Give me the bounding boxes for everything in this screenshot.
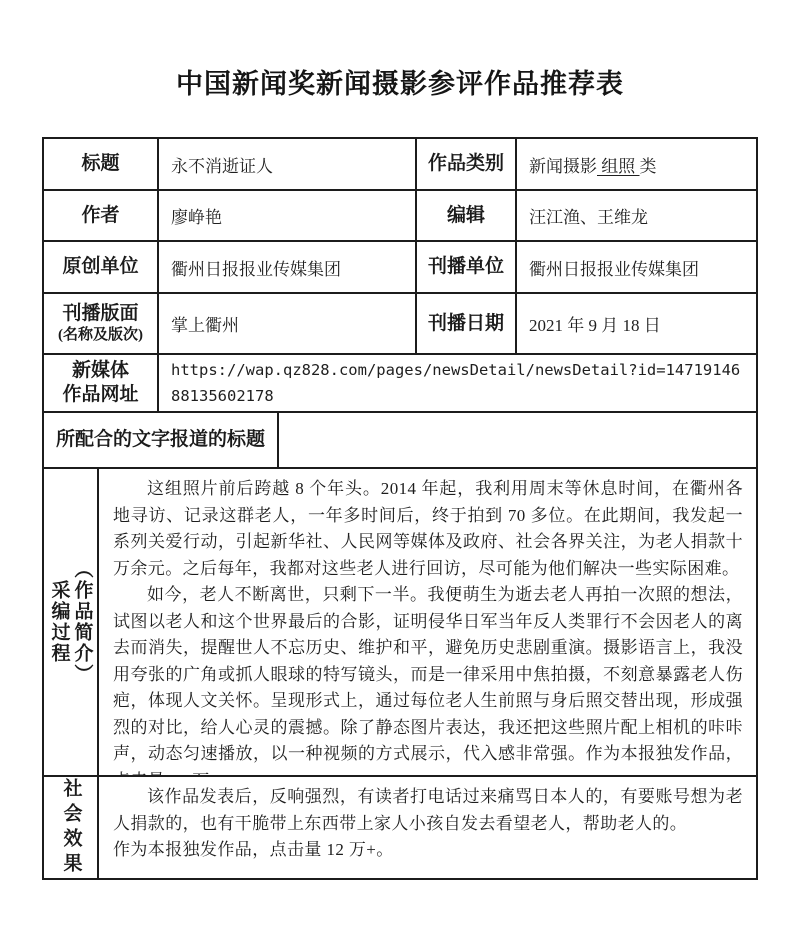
page-title: 中国新闻奖新闻摄影参评作品推荐表 (0, 62, 800, 101)
row-work-intro: （作品简介） 采编过程 这组照片前后跨越 8 个年头。2014 年起，我利用周末… (44, 469, 756, 777)
social-effect-label: 社会效果 (44, 777, 99, 878)
work-intro-paragraph-1: 这组照片前后跨越 8 个年头。2014 年起，我利用周末等休息时间，在衢州各地寻… (113, 476, 743, 582)
recommendation-form-table: 标题 永不消逝证人 作品类别 新闻摄影 组照 类 作者 廖峥艳 编辑 汪江渔、王… (42, 137, 758, 880)
publish-page-label-line2: (名称及版次) (58, 326, 143, 345)
related-report-label-text: 所配合的文字报道的标题 (56, 428, 265, 452)
social-effect-content: 该作品发表后，反响强烈，有读者打电话过来痛骂日本人的，有要账号想为老人捐款的，也… (99, 777, 756, 878)
title-label-text: 标题 (81, 152, 119, 176)
publish-page-label: 刊播版面 (名称及版次) (44, 294, 159, 353)
row-units: 原创单位 衢州日报报业传媒集团 刊播单位 衢州日报报业传媒集团 (44, 242, 756, 294)
row-social-effect: 社会效果 该作品发表后，反响强烈，有读者打电话过来痛骂日本人的，有要账号想为老人… (44, 777, 756, 878)
publish-unit-value: 衢州日报报业传媒集团 (517, 242, 756, 292)
row-page-date: 刊播版面 (名称及版次) 掌上衢州 刊播日期 2021 年 9 月 18 日 (44, 294, 756, 355)
work-intro-content: 这组照片前后跨越 8 个年头。2014 年起，我利用周末等休息时间，在衢州各地寻… (99, 469, 756, 775)
publish-date-label: 刊播日期 (417, 294, 517, 353)
related-report-value (279, 413, 756, 467)
author-value: 廖峥艳 (159, 191, 417, 240)
row-author-editor: 作者 廖峥艳 编辑 汪江渔、王维龙 (44, 191, 756, 242)
publish-unit-label: 刊播单位 (417, 242, 517, 292)
editor-value-text: 汪江渔、王维龙 (529, 203, 648, 228)
media-url-label-line2: 作品网址 (62, 383, 138, 407)
editor-label-text: 编辑 (447, 204, 485, 228)
publish-page-label-line1: 刊播版面 (62, 302, 138, 326)
media-url-label-line1: 新媒体 (72, 359, 129, 383)
original-unit-value: 衢州日报报业传媒集团 (159, 242, 417, 292)
work-intro-vertical-label: （作品简介） 采编过程 (48, 559, 94, 685)
original-unit-label-text: 原创单位 (62, 255, 138, 279)
row-related-report: 所配合的文字报道的标题 (44, 413, 756, 469)
publish-unit-value-text: 衢州日报报业传媒集团 (529, 255, 699, 280)
title-label: 标题 (44, 139, 159, 189)
media-url-text: https://wap.qz828.com/pages/newsDetail/n… (171, 357, 748, 409)
social-effect-vertical-label: 社会效果 (59, 778, 83, 878)
category-prefix: 新闻摄影 (529, 152, 597, 177)
media-url-label: 新媒体 作品网址 (44, 355, 159, 411)
social-effect-paragraph: 该作品发表后，反响强烈，有读者打电话过来痛骂日本人的，有要账号想为老人捐款的，也… (113, 784, 743, 837)
category-suffix: 类 (640, 152, 657, 177)
publish-date-value-text: 2021 年 9 月 18 日 (529, 311, 661, 336)
work-intro-paragraph-2: 如今，老人不断离世，只剩下一半。我便萌生为逝去老人再拍一次照的想法，试图以老人和… (113, 582, 743, 775)
row-title-category: 标题 永不消逝证人 作品类别 新闻摄影 组照 类 (44, 139, 756, 191)
related-report-label: 所配合的文字报道的标题 (44, 413, 279, 467)
title-value: 永不消逝证人 (159, 139, 417, 189)
row-media-url: 新媒体 作品网址 https://wap.qz828.com/pages/new… (44, 355, 756, 413)
author-label-text: 作者 (81, 204, 119, 228)
category-value: 新闻摄影 组照 类 (517, 139, 756, 189)
category-label-text: 作品类别 (428, 152, 504, 176)
author-label: 作者 (44, 191, 159, 240)
publish-date-value: 2021 年 9 月 18 日 (517, 294, 756, 353)
author-value-text: 廖峥艳 (171, 203, 222, 228)
editor-value: 汪江渔、王维龙 (517, 191, 756, 240)
publish-unit-label-text: 刊播单位 (428, 255, 504, 279)
original-unit-label: 原创单位 (44, 242, 159, 292)
work-intro-label: （作品简介） 采编过程 (44, 469, 99, 775)
title-value-text: 永不消逝证人 (171, 152, 273, 177)
social-effect-line2: 作为本报独发作品，点击量 12 万+。 (113, 837, 743, 864)
category-underlined-value: 组照 (597, 152, 640, 177)
editor-label: 编辑 (417, 191, 517, 240)
media-url-value: https://wap.qz828.com/pages/newsDetail/n… (159, 355, 756, 411)
publish-date-label-text: 刊播日期 (428, 312, 504, 336)
publish-page-value-text: 掌上衢州 (171, 311, 239, 336)
publish-page-value: 掌上衢州 (159, 294, 417, 353)
original-unit-value-text: 衢州日报报业传媒集团 (171, 255, 341, 280)
category-label: 作品类别 (417, 139, 517, 189)
